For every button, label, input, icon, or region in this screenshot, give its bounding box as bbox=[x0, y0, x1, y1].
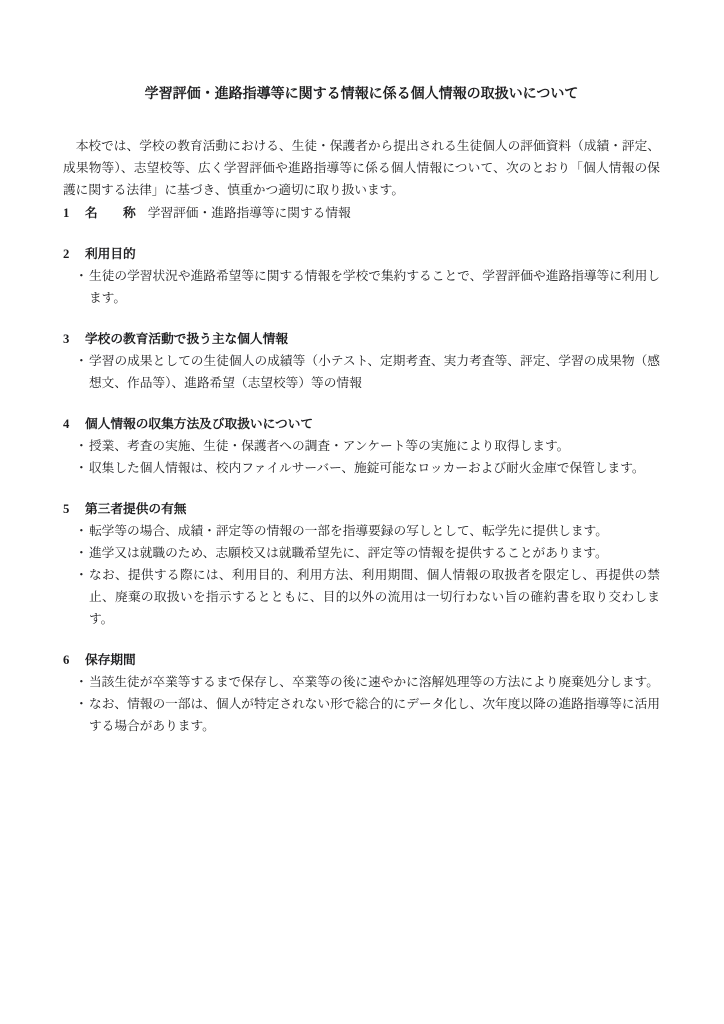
section-number: 3 bbox=[63, 328, 85, 350]
bullet-item: ・転学等の場合、成績・評定等の情報の一部を指導要録の写しとして、転学先に提供しま… bbox=[63, 520, 660, 542]
bullet-item: ・進学又は就職のため、志願校又は就職希望先に、評定等の情報を提供することがありま… bbox=[63, 542, 660, 564]
bullet-item: ・なお、提供する際には、利用目的、利用方法、利用期間、個人情報の取扱者を限定し、… bbox=[63, 564, 660, 630]
intro-paragraph: 本校では、学校の教育活動における、生徒・保護者から提出される生徒個人の評価資料（… bbox=[63, 135, 660, 201]
section-heading: 6保存期間 bbox=[63, 649, 660, 671]
section-number: 6 bbox=[63, 649, 85, 671]
bullet-marker: ・ bbox=[75, 265, 88, 287]
section-inline-text: 学習評価・進路指導等に関する情報 bbox=[148, 202, 351, 224]
section-number: 2 bbox=[63, 243, 85, 265]
section-title: 保存期間 bbox=[85, 649, 136, 671]
bullet-list: ・当該生徒が卒業等するまで保存し、卒業等の後に速やかに溶解処理等の方法により廃棄… bbox=[63, 671, 660, 737]
section-title: 第三者提供の有無 bbox=[85, 498, 187, 520]
bullet-item: ・当該生徒が卒業等するまで保存し、卒業等の後に速やかに溶解処理等の方法により廃棄… bbox=[63, 671, 660, 693]
bullet-text: 学習の成果としての生徒個人の成績等（小テスト、定期考査、実力考査等、評定、学習の… bbox=[89, 354, 660, 390]
document-page: 学習評価・進路指導等に関する情報に係る個人情報の取扱いについて 本校では、学校の… bbox=[0, 0, 724, 1024]
section-heading: 3学校の教育活動で扱う主な個人情報 bbox=[63, 328, 660, 350]
bullet-item: ・収集した個人情報は、校内ファイルサーバー、施錠可能なロッカーおよび耐火金庫で保… bbox=[63, 457, 660, 479]
bullet-text: 生徒の学習状況や進路希望等に関する情報を学校で集約することで、学習評価や進路指導… bbox=[89, 269, 660, 305]
bullet-text: 当該生徒が卒業等するまで保存し、卒業等の後に速やかに溶解処理等の方法により廃棄処… bbox=[89, 675, 659, 689]
section-heading: 2利用目的 bbox=[63, 243, 660, 265]
section-heading: 1名 称学習評価・進路指導等に関する情報 bbox=[63, 202, 660, 224]
bullet-text: なお、提供する際には、利用目的、利用方法、利用期間、個人情報の取扱者を限定し、再… bbox=[89, 568, 660, 626]
bullet-text: なお、情報の一部は、個人が特定されない形で総合的にデータ化し、次年度以降の進路指… bbox=[89, 697, 660, 733]
section-heading: 4個人情報の収集方法及び取扱いについて bbox=[63, 413, 660, 435]
document-title: 学習評価・進路指導等に関する情報に係る個人情報の取扱いについて bbox=[63, 84, 660, 106]
section-title: 利用目的 bbox=[85, 243, 136, 265]
bullet-text: 授業、考査の実施、生徒・保護者への調査・アンケート等の実施により取得します。 bbox=[89, 439, 569, 453]
section-title: 名 称 bbox=[85, 202, 136, 224]
bullet-text: 進学又は就職のため、志願校又は就職希望先に、評定等の情報を提供することがあります… bbox=[89, 546, 608, 560]
section-6: 6保存期間・当該生徒が卒業等するまで保存し、卒業等の後に速やかに溶解処理等の方法… bbox=[63, 649, 660, 737]
section-4: 4個人情報の収集方法及び取扱いについて・授業、考査の実施、生徒・保護者への調査・… bbox=[63, 413, 660, 479]
section-heading: 5第三者提供の有無 bbox=[63, 498, 660, 520]
bullet-text: 収集した個人情報は、校内ファイルサーバー、施錠可能なロッカーおよび耐火金庫で保管… bbox=[89, 461, 645, 475]
bullet-item: ・学習の成果としての生徒個人の成績等（小テスト、定期考査、実力考査等、評定、学習… bbox=[63, 350, 660, 394]
bullet-marker: ・ bbox=[75, 350, 88, 372]
section-5: 5第三者提供の有無・転学等の場合、成績・評定等の情報の一部を指導要録の写しとして… bbox=[63, 498, 660, 630]
bullet-item: ・授業、考査の実施、生徒・保護者への調査・アンケート等の実施により取得します。 bbox=[63, 435, 660, 457]
bullet-marker: ・ bbox=[75, 520, 88, 542]
bullet-list: ・学習の成果としての生徒個人の成績等（小テスト、定期考査、実力考査等、評定、学習… bbox=[63, 350, 660, 394]
section-number: 5 bbox=[63, 498, 85, 520]
bullet-list: ・生徒の学習状況や進路希望等に関する情報を学校で集約することで、学習評価や進路指… bbox=[63, 265, 660, 309]
bullet-marker: ・ bbox=[75, 671, 88, 693]
section-number: 4 bbox=[63, 413, 85, 435]
bullet-item: ・生徒の学習状況や進路希望等に関する情報を学校で集約することで、学習評価や進路指… bbox=[63, 265, 660, 309]
bullet-marker: ・ bbox=[75, 457, 88, 479]
bullet-text: 転学等の場合、成績・評定等の情報の一部を指導要録の写しとして、転学先に提供します… bbox=[89, 524, 608, 538]
sections: 1名 称学習評価・進路指導等に関する情報2利用目的・生徒の学習状況や進路希望等に… bbox=[63, 202, 660, 737]
section-number: 1 bbox=[63, 202, 85, 224]
section-title: 個人情報の収集方法及び取扱いについて bbox=[85, 413, 313, 435]
bullet-item: ・なお、情報の一部は、個人が特定されない形で総合的にデータ化し、次年度以降の進路… bbox=[63, 693, 660, 737]
bullet-list: ・授業、考査の実施、生徒・保護者への調査・アンケート等の実施により取得します。・… bbox=[63, 435, 660, 479]
section-title: 学校の教育活動で扱う主な個人情報 bbox=[85, 328, 288, 350]
section-1: 1名 称学習評価・進路指導等に関する情報 bbox=[63, 202, 660, 224]
bullet-marker: ・ bbox=[75, 435, 88, 457]
section-3: 3学校の教育活動で扱う主な個人情報・学習の成果としての生徒個人の成績等（小テスト… bbox=[63, 328, 660, 394]
bullet-marker: ・ bbox=[75, 693, 88, 715]
bullet-marker: ・ bbox=[75, 564, 88, 586]
bullet-marker: ・ bbox=[75, 542, 88, 564]
section-2: 2利用目的・生徒の学習状況や進路希望等に関する情報を学校で集約することで、学習評… bbox=[63, 243, 660, 309]
document-content: 学習評価・進路指導等に関する情報に係る個人情報の取扱いについて 本校では、学校の… bbox=[63, 84, 660, 737]
bullet-list: ・転学等の場合、成績・評定等の情報の一部を指導要録の写しとして、転学先に提供しま… bbox=[63, 520, 660, 630]
